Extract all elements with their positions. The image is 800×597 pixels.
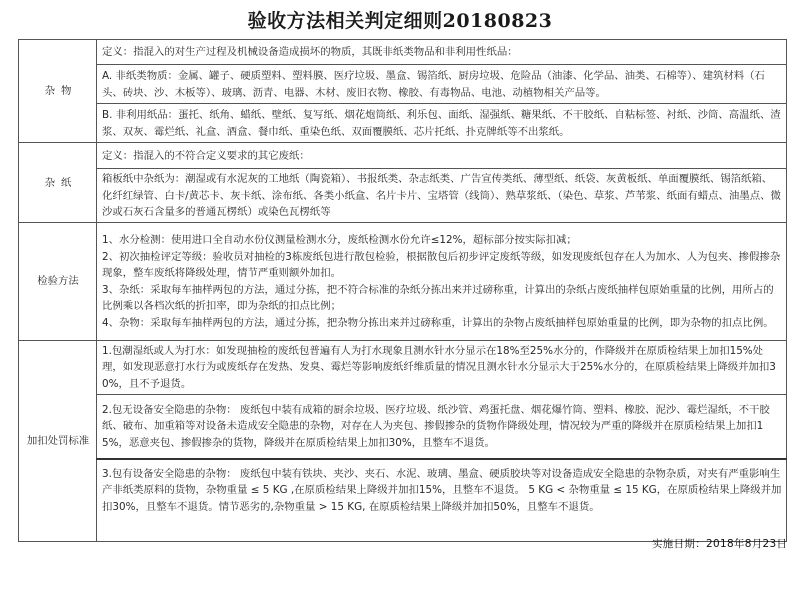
inspection-item-1: 1、水分检测：使用进口全自动水份仪测量检测水分，废纸检测水份允许≤12%，超标部… [102,232,782,249]
penalty-item-3: 3.包有设备安全隐患的杂物： 废纸包中装有铁块、夹沙、夹石、水泥、玻璃、墨盒、硬… [97,459,787,542]
debris-definition: 定义：指混入的对生产过程及机械设备造成损坏的物质，其既非纸类物品和非利用性纸品： [97,40,787,65]
penalty-item-1: 1.包潮湿纸或人为打水：如发现抽检的废纸包普遍有人为打水现象且测水针水分显示在1… [97,340,787,394]
table-row: 3.包有设备安全隐患的杂物： 废纸包中装有铁块、夹沙、夹石、水泥、玻璃、墨盒、硬… [19,459,787,542]
table-row: 检验方法 1、水分检测：使用进口全自动水份仪测量检测水分，废纸检测水份允许≤12… [19,222,787,340]
debris-item-b: B. 非利用纸品：蛋托、纸角、蜡纸、壁纸、复写纸、烟花炮筒纸、利乐包、面纸、湿强… [97,104,787,143]
table-row: 杂物 定义：指混入的对生产过程及机械设备造成损坏的物质，其既非纸类物品和非利用性… [19,40,787,65]
table-row: B. 非利用纸品：蛋托、纸角、蜡纸、壁纸、复写纸、烟花炮筒纸、利乐包、面纸、湿强… [19,104,787,143]
category-debris: 杂物 [19,40,97,143]
document-title: 验收方法相关判定细则20180823 [0,8,800,34]
table-row: A. 非纸类物质：金属、罐子、硬质塑料、塑料膜、医疗垃圾、墨盒、锡箔纸、厨房垃圾… [19,65,787,104]
mixed-paper-definition: 定义：指混入的不符合定义要求的其它废纸： [97,143,787,169]
inspection-item-3: 3、杂纸：采取每车抽样两包的方法，通过分拣，把不符合标准的杂纸分拣出来并过磅称重… [102,282,782,315]
table-row: 箱板纸中杂纸为：潮湿或有水泥灰的工地纸（陶瓷箱）、书报纸类、杂志纸类、广告宣传类… [19,169,787,223]
category-penalty: 加扣处罚标准 [19,340,97,541]
table-row: 2.包无设备安全隐患的杂物： 废纸包中装有成箱的厨余垃圾、医疗垃圾、纸沙管、鸡蛋… [19,394,787,459]
debris-item-a: A. 非纸类物质：金属、罐子、硬质塑料、塑料膜、医疗垃圾、墨盒、锡箔纸、厨房垃圾… [97,65,787,104]
mixed-paper-content: 箱板纸中杂纸为：潮湿或有水泥灰的工地纸（陶瓷箱）、书报纸类、杂志纸类、广告宣传类… [97,169,787,223]
category-inspection: 检验方法 [19,222,97,340]
effective-date: 实施日期：2018年8月23日 [652,536,787,551]
inspection-item-4: 4、杂物：采取每车抽样两包的方法，通过分拣，把杂物分拣出来并过磅称重，计算出的杂… [102,315,782,332]
table-row: 杂纸 定义：指混入的不符合定义要求的其它废纸： [19,143,787,169]
rules-table: 杂物 定义：指混入的对生产过程及机械设备造成损坏的物质，其既非纸类物品和非利用性… [18,39,787,542]
penalty-item-2: 2.包无设备安全隐患的杂物： 废纸包中装有成箱的厨余垃圾、医疗垃圾、纸沙管、鸡蛋… [97,394,787,459]
category-mixed-paper: 杂纸 [19,143,97,223]
table-row: 加扣处罚标准 1.包潮湿纸或人为打水：如发现抽检的废纸包普遍有人为打水现象且测水… [19,340,787,394]
inspection-content: 1、水分检测：使用进口全自动水份仪测量检测水分，废纸检测水份允许≤12%，超标部… [97,222,787,340]
inspection-item-2: 2、初次抽检评定等级：验收员对抽检的3栋废纸包进行散包检验，根据散包后初步评定废… [102,249,782,282]
